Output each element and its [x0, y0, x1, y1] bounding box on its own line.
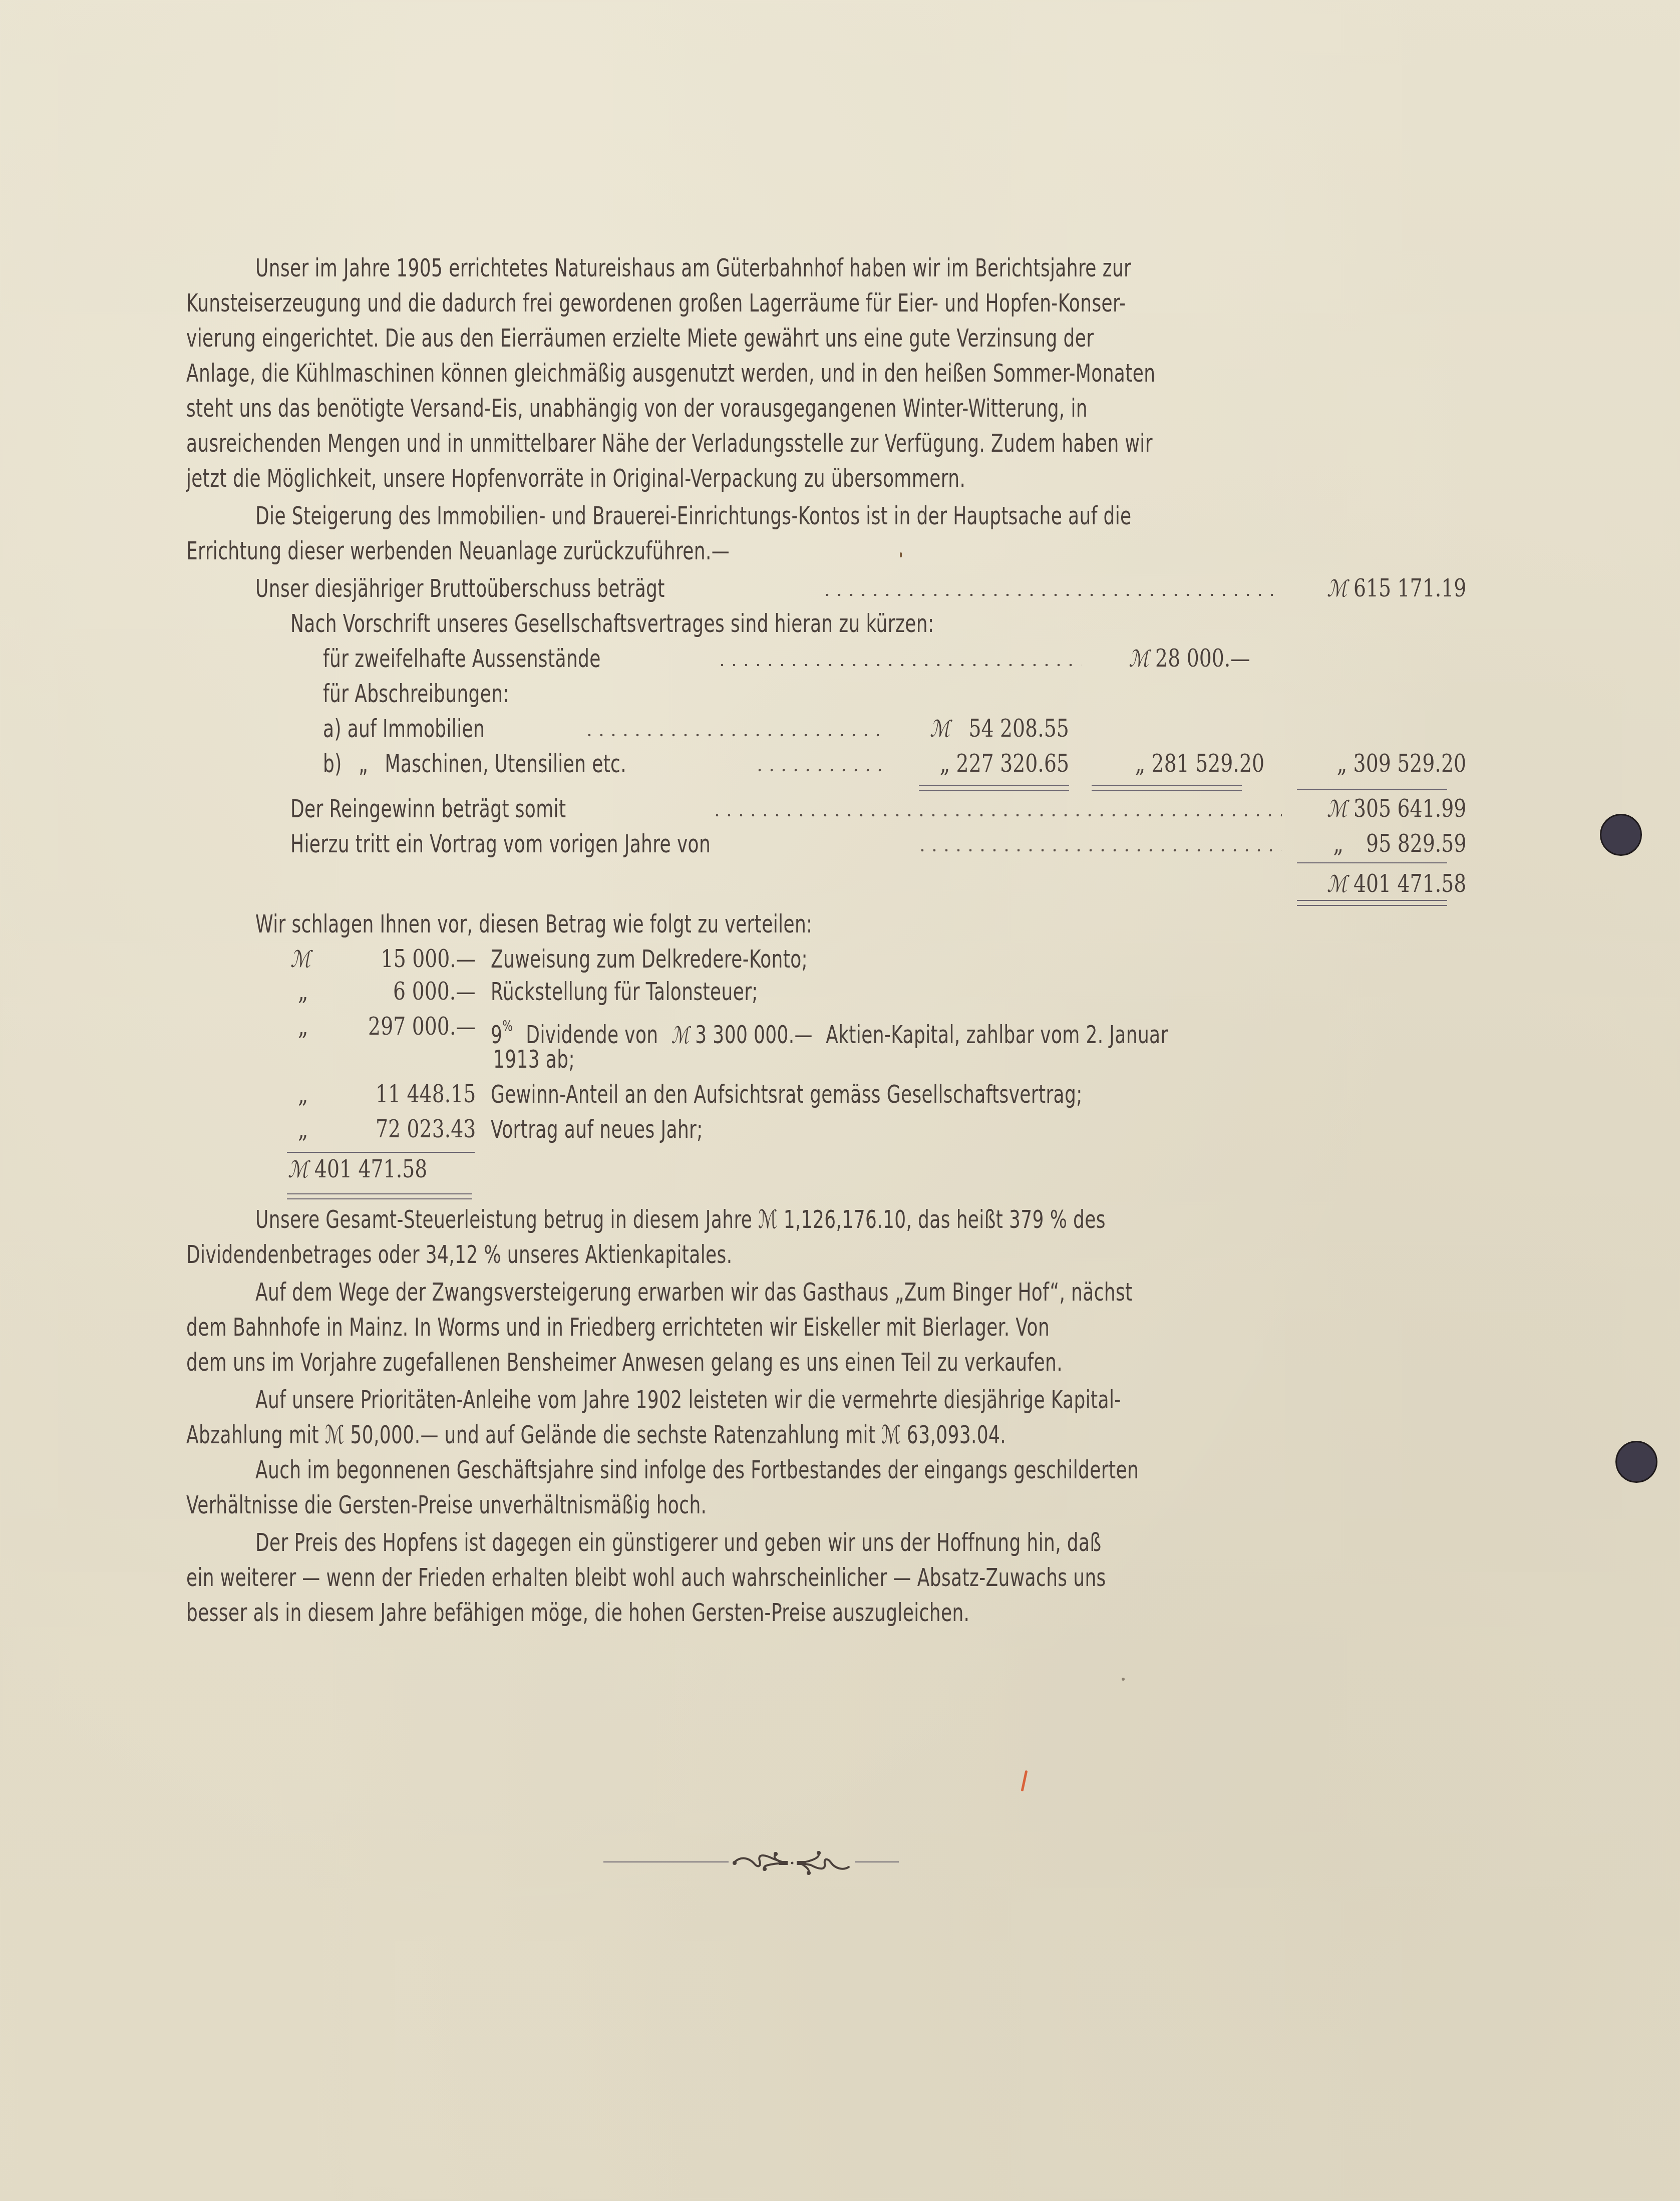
- text-line: Dividendenbetrages oder 34,12 % unseres …: [186, 1239, 733, 1270]
- distribution-text: Rückstellung für Talonsteuer;: [491, 977, 758, 1007]
- text-line: vierung eingerichtet. Die aus den Eierrä…: [186, 323, 1470, 353]
- net-profit-label: Der Reingewinn beträgt somit: [290, 794, 566, 824]
- mark-currency-icon: ℳ: [1327, 795, 1347, 822]
- total-available-value: ℳ 401 471.58: [1327, 869, 1466, 899]
- depreciation-subtotal: „ 281 529.20: [1135, 749, 1264, 779]
- leader-dots: [754, 769, 884, 772]
- distribution-text-dividend: 9% Dividende von ℳ 3 300 000.— Aktien-Ka…: [491, 1012, 1471, 1042]
- distribution-total: ℳ 401 471.58: [288, 1154, 427, 1184]
- distribution-text-cont: 1913 ab;: [493, 1044, 575, 1074]
- double-underline: [919, 785, 1069, 791]
- text-line: dem Bahnhofe in Mainz. In Worms und in F…: [186, 1312, 1050, 1342]
- net-profit-value: ℳ 305 641.99: [1327, 794, 1466, 824]
- double-underline: [1297, 900, 1447, 906]
- text-line: Anlage, die Kühlmaschinen können gleichm…: [186, 358, 1470, 388]
- text-line: Unser im Jahre 1905 errichtetes Natureis…: [255, 253, 1481, 283]
- distribution-amount: 11 448.15: [376, 1079, 476, 1109]
- mark-currency-icon: ℳ: [1327, 870, 1347, 897]
- distribution-text: Gewinn-Anteil an den Aufsichtsrat gemäss…: [491, 1079, 1083, 1109]
- depreciation-b-value: „ 227 320.65: [940, 749, 1069, 779]
- mark-currency-icon: ℳ: [1129, 645, 1149, 672]
- leader-dots: [916, 849, 1282, 852]
- text-line: Abzahlung mit ℳ 50,000.— und auf Gelände…: [186, 1420, 1006, 1450]
- mark-currency-icon: ℳ: [290, 946, 310, 973]
- text-line: Auch im begonnenen Geschäftsjahre sind i…: [255, 1455, 1139, 1485]
- ditto-mark: „: [1135, 750, 1145, 778]
- doubtful-debts-value: ℳ 28 000.—: [1129, 644, 1250, 674]
- distribution-amount: 15 000.—: [381, 944, 476, 974]
- ditto-mark: „: [1337, 750, 1347, 778]
- deductions-total: „ 309 529.20: [1337, 749, 1466, 779]
- text-line: Verhältnisse die Gersten-Preise unverhäl…: [186, 1490, 707, 1520]
- mark-currency-icon: ℳ: [1327, 575, 1347, 602]
- text-line: besser als in diesem Jahre befähigen mög…: [186, 1598, 969, 1628]
- depreciation-b-label: b) „ Maschinen, Utensilien etc.: [323, 749, 626, 779]
- leader-dots: [711, 814, 1282, 817]
- underline: [1297, 789, 1447, 791]
- distribution-intro: Wir schlagen Ihnen vor, diesen Betrag wi…: [255, 909, 813, 939]
- mark-currency-icon: ℳ: [288, 1156, 308, 1183]
- underline: [1297, 862, 1447, 865]
- doubtful-debts-label: für zweifelhafte Aussenstände: [323, 644, 601, 674]
- deductions-intro: Nach Vorschrift unseres Gesellschaftsver…: [290, 608, 934, 639]
- text-line: ausreichenden Mengen und in unmittelbare…: [186, 428, 1470, 458]
- text-line: Errichtung dieser werbenden Neuanlage zu…: [186, 536, 730, 566]
- leader-dots: [583, 734, 884, 737]
- distribution-amount: 297 000.—: [368, 1012, 476, 1042]
- text-line: Die Steigerung des Immobilien- und Braue…: [255, 501, 1132, 531]
- ditto-mark: „: [940, 750, 950, 778]
- carryover-label: Hierzu tritt ein Vortrag vom vorigen Jah…: [290, 829, 711, 859]
- text-line: Kunsteiserzeugung und die dadurch frei g…: [186, 288, 1470, 318]
- fleuron-divider-icon: [603, 1843, 899, 1878]
- gross-surplus-label: Unser diesjähriger Bruttoüberschuss betr…: [255, 573, 665, 603]
- mark-currency-icon: ℳ: [671, 1022, 690, 1049]
- ditto-mark: „: [298, 1079, 308, 1109]
- text-line: Der Preis des Hopfens ist dagegen ein gü…: [255, 1527, 1101, 1557]
- distribution-text: Vortrag auf neues Jahr;: [491, 1114, 703, 1144]
- distribution-prefix: ℳ: [290, 944, 310, 974]
- punch-hole: [1615, 1441, 1657, 1483]
- text-line: ein weiterer — wenn der Frieden erhalten…: [186, 1562, 1106, 1593]
- paper-speck: [900, 552, 902, 557]
- depreciation-a-label: a) auf Immobilien: [323, 714, 485, 744]
- ditto-mark: „: [298, 977, 308, 1007]
- distribution-text: Zuweisung zum Delkredere-Konto;: [491, 944, 808, 974]
- double-underline: [1092, 785, 1242, 791]
- gross-surplus-value: ℳ 615 171.19: [1327, 573, 1466, 603]
- distribution-amount: 6 000.—: [393, 977, 476, 1007]
- double-underline: [287, 1193, 472, 1199]
- punch-hole: [1600, 814, 1642, 856]
- carryover-value: „ 95 829.59: [1333, 829, 1466, 859]
- text-line: Unsere Gesamt-Steuerleistung betrug in d…: [255, 1204, 1106, 1234]
- leader-dots: [821, 593, 1282, 596]
- depreciation-a-value: ℳ 54 208.55: [930, 714, 1069, 744]
- ditto-mark: „: [359, 749, 368, 778]
- depreciation-label: für Abschreibungen:: [323, 679, 509, 709]
- text-line: steht uns das benötigte Versand-Eis, una…: [186, 393, 1470, 423]
- text-line: Auf unsere Prioritäten-Anleihe vom Jahre…: [255, 1385, 1121, 1415]
- ditto-mark: „: [298, 1012, 308, 1042]
- paper-speck: [1122, 1678, 1125, 1681]
- text-line: Auf dem Wege der Zwangsversteigerung erw…: [255, 1277, 1133, 1307]
- leader-dots: [716, 664, 1082, 667]
- text-line: jetzt die Möglichkeit, unsere Hopfenvorr…: [186, 463, 965, 493]
- ditto-mark: „: [1333, 830, 1343, 858]
- ditto-mark: „: [298, 1114, 308, 1144]
- mark-currency-icon: ℳ: [930, 715, 950, 742]
- text-line: dem uns im Vorjahre zugefallenen Benshei…: [186, 1347, 1063, 1377]
- distribution-amount: 72 023.43: [376, 1114, 476, 1144]
